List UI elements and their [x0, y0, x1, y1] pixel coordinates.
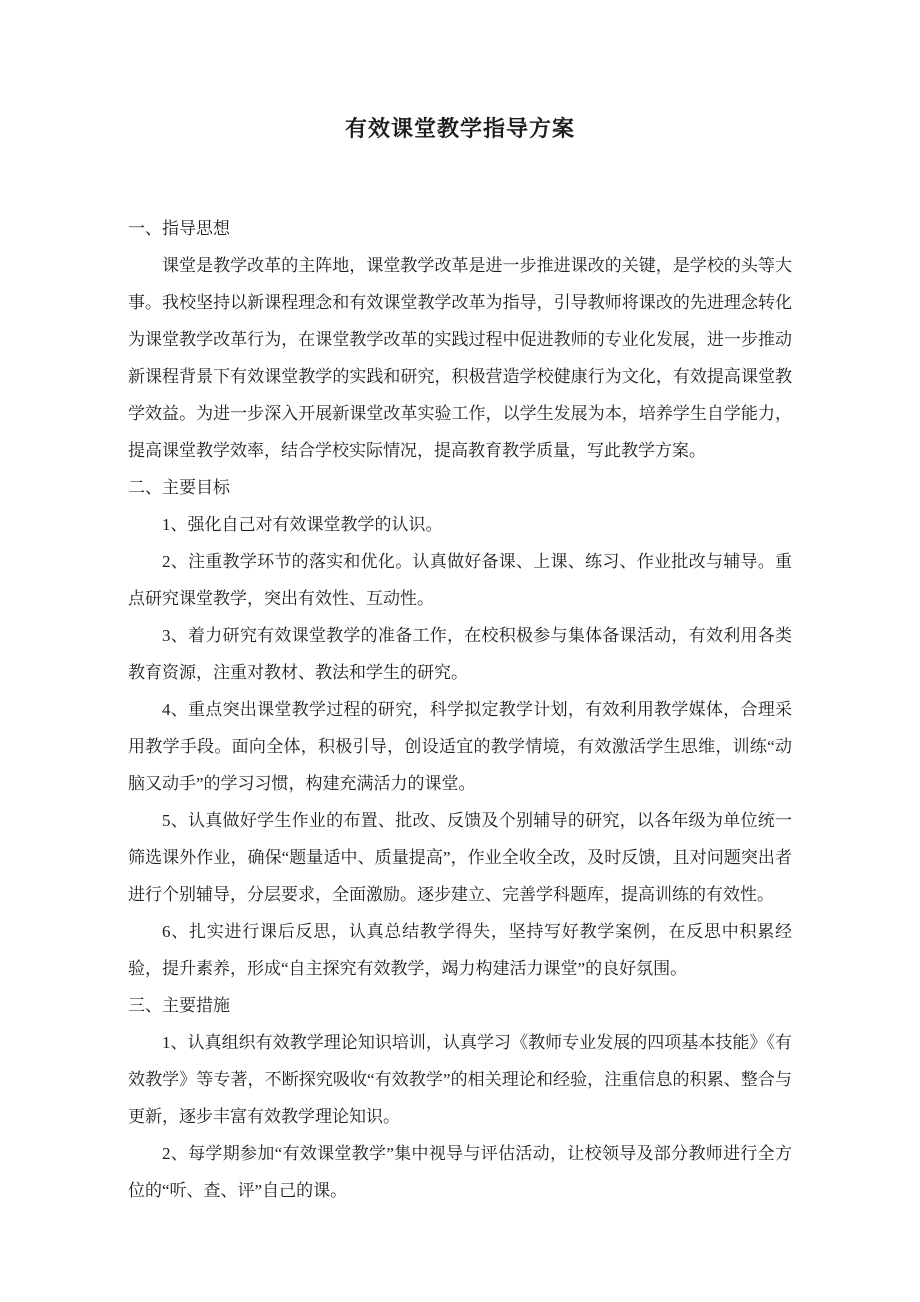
- section-heading-guiding-ideology: 一、指导思想: [128, 210, 792, 247]
- paragraph: 1、强化自己对有效课堂教学的认识。: [128, 506, 792, 543]
- document-page: 有效课堂教学指导方案 一、指导思想 课堂是教学改革的主阵地，课堂教学改革是进一步…: [0, 0, 920, 1302]
- paragraph: 2、注重教学环节的落实和优化。认真做好备课、上课、练习、作业批改与辅导。重点研究…: [128, 543, 792, 617]
- document-title: 有效课堂教学指导方案: [0, 0, 920, 144]
- paragraph: 4、重点突出课堂教学过程的研究，科学拟定教学计划，有效利用教学媒体，合理采用教学…: [128, 691, 792, 802]
- paragraph: 课堂是教学改革的主阵地，课堂教学改革是进一步推进课改的关键，是学校的头等大事。我…: [128, 247, 792, 469]
- paragraph: 6、扎实进行课后反思，认真总结教学得失，坚持写好教学案例，在反思中积累经验，提升…: [128, 913, 792, 987]
- paragraph: 5、认真做好学生作业的布置、批改、反馈及个别辅导的研究，以各年级为单位统一筛选课…: [128, 802, 792, 913]
- document-body: 一、指导思想 课堂是教学改革的主阵地，课堂教学改革是进一步推进课改的关键，是学校…: [128, 210, 792, 1209]
- section-heading-main-goals: 二、主要目标: [128, 469, 792, 506]
- paragraph: 1、认真组织有效教学理论知识培训，认真学习《教师专业发展的四项基本技能》《有效教…: [128, 1024, 792, 1135]
- paragraph: 2、每学期参加“有效课堂教学”集中视导与评估活动，让校领导及部分教师进行全方位的…: [128, 1135, 792, 1209]
- paragraph: 3、着力研究有效课堂教学的准备工作，在校积极参与集体备课活动，有效利用各类教育资…: [128, 617, 792, 691]
- section-heading-main-measures: 三、主要措施: [128, 987, 792, 1024]
